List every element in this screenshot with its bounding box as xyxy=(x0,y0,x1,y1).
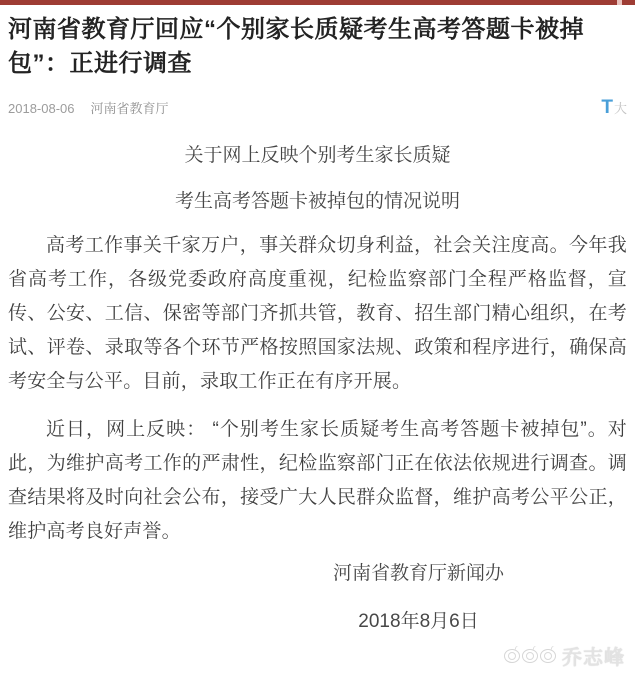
signature-date: 2018年8月6日 xyxy=(196,609,635,635)
paragraph-1: 高考工作事关千家万户，事关群众切身利益，社会关注度高。今年我省高考工作，各级党委… xyxy=(8,229,627,399)
signature-block: 河南省教育厅新闻办 2018年8月6日 xyxy=(196,561,635,635)
weibo-eye-icon xyxy=(540,649,556,663)
signature-org: 河南省教育厅新闻办 xyxy=(196,561,635,587)
article-meta-left: 2018-08-06 河南省教育厅 xyxy=(8,98,169,117)
font-size-control[interactable]: T 大 xyxy=(601,98,627,117)
weibo-eyes-logo xyxy=(504,649,556,663)
weibo-watermark: 乔志峰 xyxy=(504,641,625,670)
font-size-da-label[interactable]: 大 xyxy=(614,98,627,117)
top-bar-notch xyxy=(617,0,622,5)
paragraph-2: 近日，网上反映： “个别考生家长质疑考生高考答题卡被掉包”。对此，为维护高考工作… xyxy=(8,413,627,549)
source-name[interactable]: 河南省教育厅 xyxy=(91,98,169,117)
publish-date: 2018-08-06 xyxy=(8,101,75,116)
weibo-eye-icon xyxy=(504,649,520,663)
article-meta-row: 2018-08-06 河南省教育厅 T 大 xyxy=(8,98,627,117)
article-body: 关于网上反映个别考生家长质疑 考生高考答题卡被掉包的情况说明 高考工作事关千家万… xyxy=(8,139,627,635)
article-page: 河南省教育厅回应“个别家长质疑考生高考答题卡被掉包”：正进行调查 2018-08… xyxy=(0,13,635,635)
doc-heading-line2: 考生高考答题卡被掉包的情况说明 xyxy=(8,185,627,219)
weibo-eye-icon xyxy=(522,649,538,663)
font-size-T-icon[interactable]: T xyxy=(601,98,613,117)
doc-heading-line1: 关于网上反映个别考生家长质疑 xyxy=(8,139,627,173)
watermark-author: 乔志峰 xyxy=(562,641,625,670)
top-accent-bar xyxy=(0,0,635,5)
article-title: 河南省教育厅回应“个别家长质疑考生高考答题卡被掉包”：正进行调查 xyxy=(8,13,627,81)
